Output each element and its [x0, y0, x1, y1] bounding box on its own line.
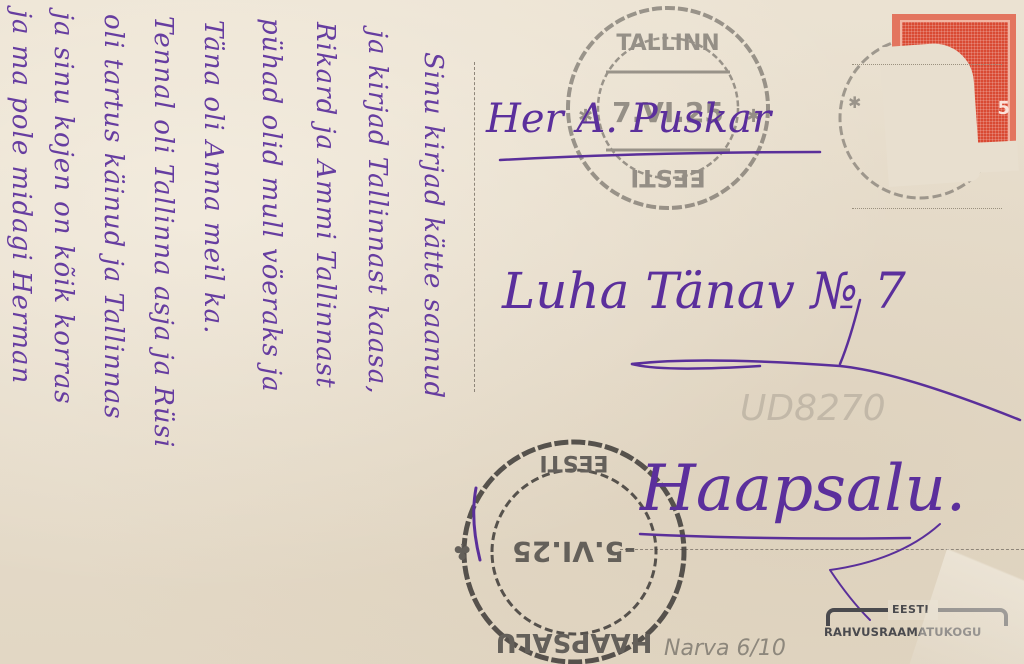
library-stamp-top: EESTI: [892, 603, 929, 616]
street-address: Luha Tänav № 7: [502, 262, 906, 320]
postmark-top-text: HAAPSALU: [496, 627, 653, 657]
postage-stamp: 5: [892, 14, 1016, 166]
postcard: Sinu kirjad kätte saanud ja kirjad Talli…: [0, 0, 1024, 664]
stamp-value: 5: [997, 98, 1010, 119]
svg-text:✱: ✱: [848, 93, 861, 112]
postmark-bottom-text: EESTI: [539, 450, 608, 475]
pencil-note-narva: Narva 6/10: [664, 636, 786, 661]
city-address: Haapsalu.: [640, 452, 966, 526]
pencil-note-faint: UD8270: [740, 388, 886, 429]
svg-text:♣: ♣: [452, 538, 472, 563]
stamp-perforation-line: [852, 208, 1002, 209]
postmark-top-text: TALLINN: [616, 31, 719, 56]
stamp-perforation-line: [852, 64, 1002, 65]
recipient-name: Her A. Puskar: [486, 96, 771, 142]
postmark-bottom-text: EESTI: [630, 164, 705, 192]
postmark-date: -5.VI.25: [512, 535, 635, 568]
